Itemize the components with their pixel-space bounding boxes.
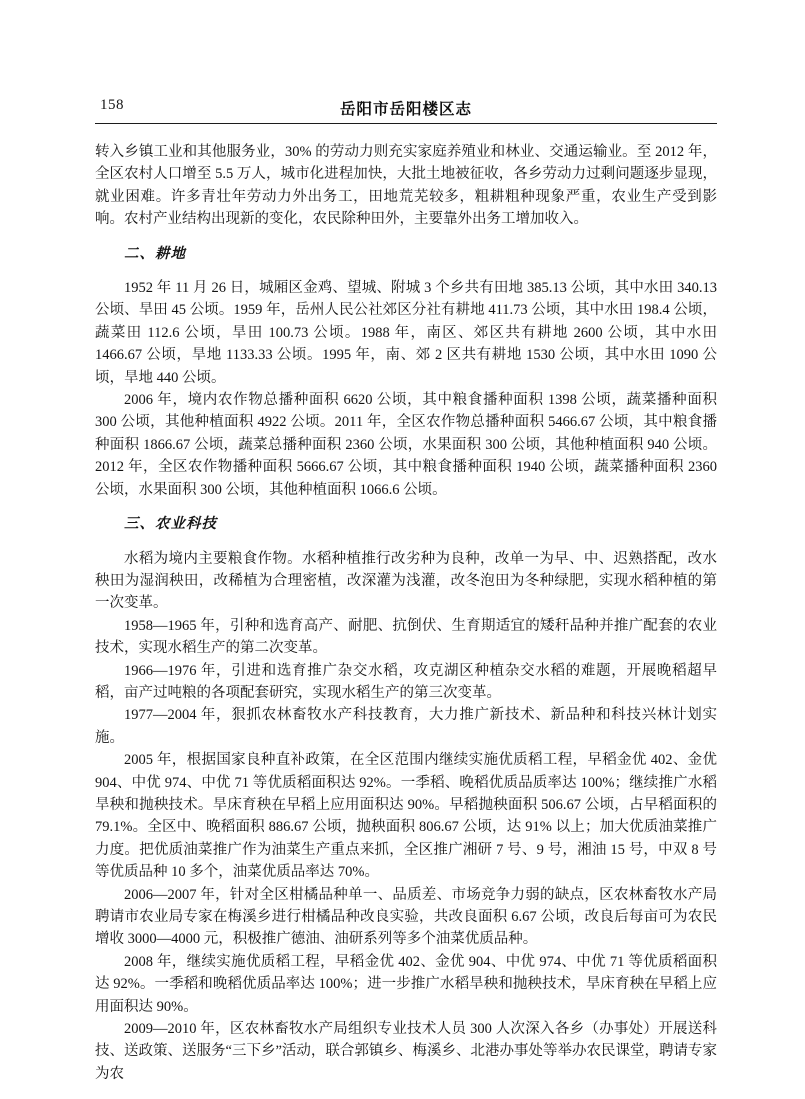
paragraph-1966-1976-third-reform: 1966—1976 年，引进和选育推广杂交水稻，攻克湖区种植杂交水稻的难题，开展…: [95, 660, 717, 705]
paragraph-farmland-1952-1995: 1952 年 11 月 26 日，城厢区金鸡、望城、附城 3 个乡共有田地 38…: [95, 277, 717, 389]
paragraph-2008-quality-rice: 2008 年，继续实施优质稻工程，早稻金优 402、金优 904、中优 974、…: [95, 951, 717, 1018]
paragraph-rice-first-reform: 水稻为境内主要粮食作物。水稻种植推行改劣种为良种，改单一为早、中、迟熟搭配，改水…: [95, 548, 717, 615]
book-title: 岳阳市岳阳楼区志: [340, 97, 472, 119]
paragraph-2005-quality-rice: 2005 年，根据国家良种直补政策，在全区范围内继续实施优质稻工程，早稻金优 4…: [95, 749, 717, 883]
paragraph-sown-area-2006-2012: 2006 年，境内农作物总播种面积 6620 公顷，其中粮食播种面积 1398 …: [95, 389, 717, 501]
gazetteer-page: 158 岳阳市岳阳楼区志 转入乡镇工业和其他服务业，30% 的劳动力则充实家庭养…: [0, 0, 805, 1099]
running-header: 158 岳阳市岳阳楼区志: [95, 97, 717, 124]
paragraph-labor-transfer: 转入乡镇工业和其他服务业，30% 的劳动力则充实家庭养殖业和林业、交通运输业。至…: [95, 141, 717, 231]
section-heading-farmland: 二、耕地: [95, 243, 717, 265]
paragraph-1958-1965-second-reform: 1958—1965 年，引种和选育高产、耐肥、抗倒伏、生育期适宜的矮秆品种并推广…: [95, 615, 717, 660]
paragraph-2006-2007-citrus-improvement: 2006—2007 年，针对全区柑橘品种单一、品质差、市场竞争力弱的缺点，区农林…: [95, 884, 717, 951]
paragraph-1977-2004-science-education: 1977—2004 年，狠抓农林畜牧水产科技教育，大力推广新技术、新品种和科技兴…: [95, 704, 717, 749]
paragraph-2009-2010-rural-outreach: 2009—2010 年，区农林畜牧水产局组织专业技术人员 300 人次深入各乡（…: [95, 1018, 717, 1085]
page-number: 158: [100, 97, 124, 114]
section-heading-agricultural-technology: 三、农业科技: [95, 513, 717, 535]
page-body: 转入乡镇工业和其他服务业，30% 的劳动力则充实家庭养殖业和林业、交通运输业。至…: [95, 141, 717, 1085]
